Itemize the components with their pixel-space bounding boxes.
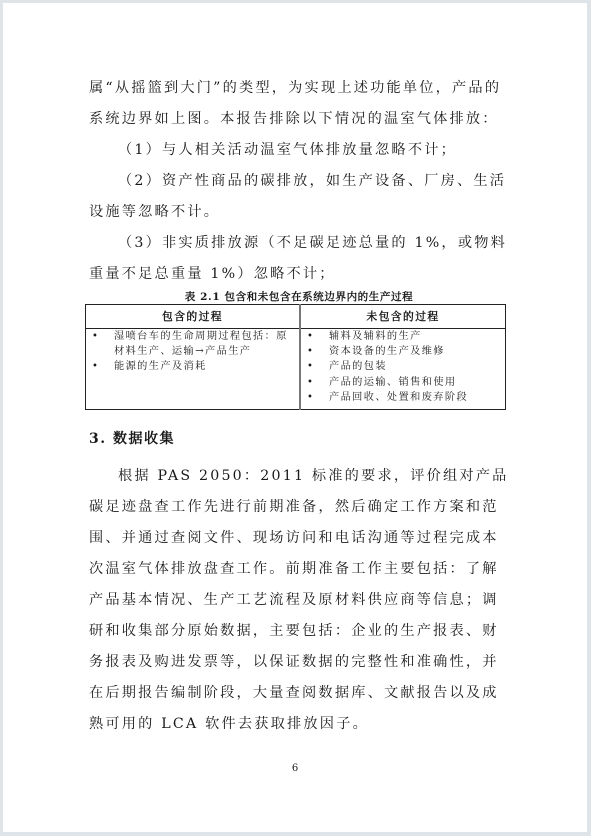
excluded-list: 辅料及辅料的生产 资本设备的生产及维修 产品的包装 产品的运输、销售和使用 产品… xyxy=(301,329,505,405)
list-item: 产品的包装 xyxy=(301,359,505,374)
header-excluded: 未包含的过程 xyxy=(300,305,506,329)
exclusion-item-2: （2）资产性商品的碳排放，如生产设备、厂房、生活设施等忽略不计。 xyxy=(89,166,509,228)
process-boundary-table: 包含的过程 未包含的过程 湿喷台车的生命周期过程包括：原材料生产、运输→产品生产… xyxy=(85,304,506,410)
section-heading: 3. 数据收集 xyxy=(89,428,175,448)
list-item: 资本设备的生产及维修 xyxy=(301,344,505,359)
table-caption: 表 2.1 包含和未包含在系统边界内的生产过程 xyxy=(87,289,511,305)
intro-paragraph: 属“从摇篮到大门”的类型，为实现上述功能单位，产品的系统边界如上图。本报告排除以… xyxy=(89,73,509,135)
included-list: 湿喷台车的生命周期过程包括：原材料生产、运输→产品生产 能源的生产及消耗 xyxy=(86,329,299,375)
list-item: 湿喷台车的生命周期过程包括：原材料生产、运输→产品生产 xyxy=(86,329,299,359)
page-number: 6 xyxy=(3,763,587,774)
list-item: 辅料及辅料的生产 xyxy=(301,329,505,344)
exclusion-item-1: （1）与人相关活动温室气体排放量忽略不计； xyxy=(89,135,509,166)
list-item: 产品回收、处置和废弃阶段 xyxy=(301,390,505,405)
list-item: 能源的生产及消耗 xyxy=(86,359,299,374)
included-cell: 湿喷台车的生命周期过程包括：原材料生产、运输→产品生产 能源的生产及消耗 xyxy=(86,329,301,410)
header-included: 包含的过程 xyxy=(86,305,301,329)
exclusion-item-3: （3）非实质排放源（不足碳足迹总量的 1%，或物料重量不足总重量 1%）忽略不计… xyxy=(89,228,509,290)
data-collection-paragraph: 根据 PAS 2050：2011 标准的要求，评价组对产品碳足迹盘查工作先进行前… xyxy=(89,461,509,740)
document-page: 属“从摇篮到大门”的类型，为实现上述功能单位，产品的系统边界如上图。本报告排除以… xyxy=(3,3,587,832)
list-item: 产品的运输、销售和使用 xyxy=(301,375,505,390)
excluded-cell: 辅料及辅料的生产 资本设备的生产及维修 产品的包装 产品的运输、销售和使用 产品… xyxy=(300,329,506,410)
